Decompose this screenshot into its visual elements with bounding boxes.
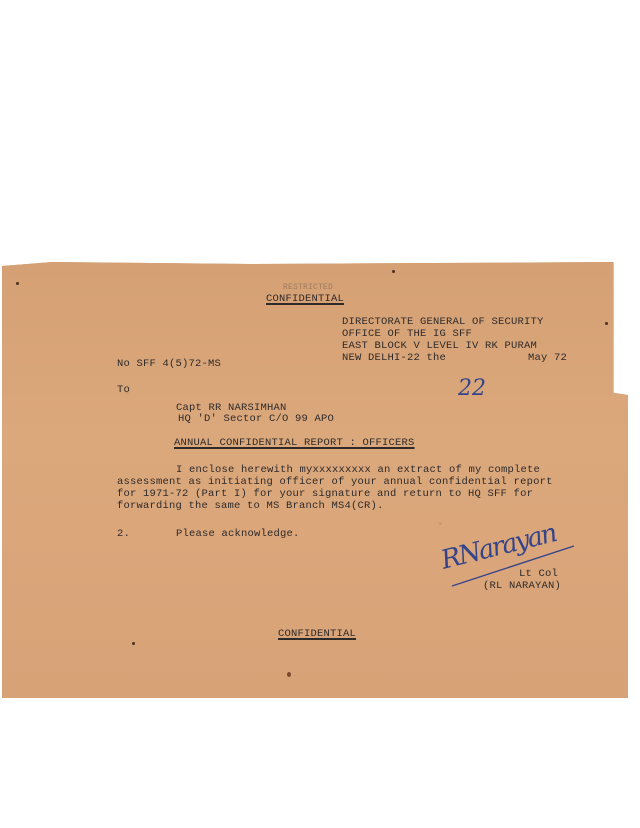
signatory-name: (RL NARAYAN) [483,580,561,592]
date-month-year: May 72 [528,352,567,364]
footer-classification: CONFIDENTIAL [278,628,356,640]
address-line: OFFICE OF THE IG SFF [342,328,472,340]
paper-speck [392,270,395,273]
paper-speck [605,322,608,325]
signatory-rank: Lt Col [519,568,558,580]
header-classification: CONFIDENTIAL [266,293,344,305]
address-line: NEW DELHI-22 the [342,352,446,364]
body-line: for 1971-72 (Part I) for your signature … [117,488,533,500]
handwritten-day: 22 [458,376,486,401]
to-label: To [117,384,130,396]
recipient-line: HQ 'D' Sector C/O 99 APO [178,413,334,425]
body-line: forwarding the same to MS Branch MS4(CR)… [117,500,384,512]
paragraph-number: 2. [117,528,130,540]
address-line: EAST BLOCK V LEVEL IV RK PURAM [342,340,537,352]
acknowledge-text: Please acknowledge. [176,528,300,540]
reference-number: No SFF 4(5)72-MS [117,358,221,370]
address-line: DIRECTORATE GENERAL OF SECURITY [342,316,544,328]
body-line: assessment as initiating officer of your… [117,476,553,488]
paper-speck [132,642,135,645]
subject-line: ANNUAL CONFIDENTIAL REPORT : OFFICERS [174,437,415,449]
body-line: I enclose herewith myxxxxxxxxx an extrac… [176,464,540,476]
paper-speck [287,672,291,677]
paper-speck [16,282,19,285]
